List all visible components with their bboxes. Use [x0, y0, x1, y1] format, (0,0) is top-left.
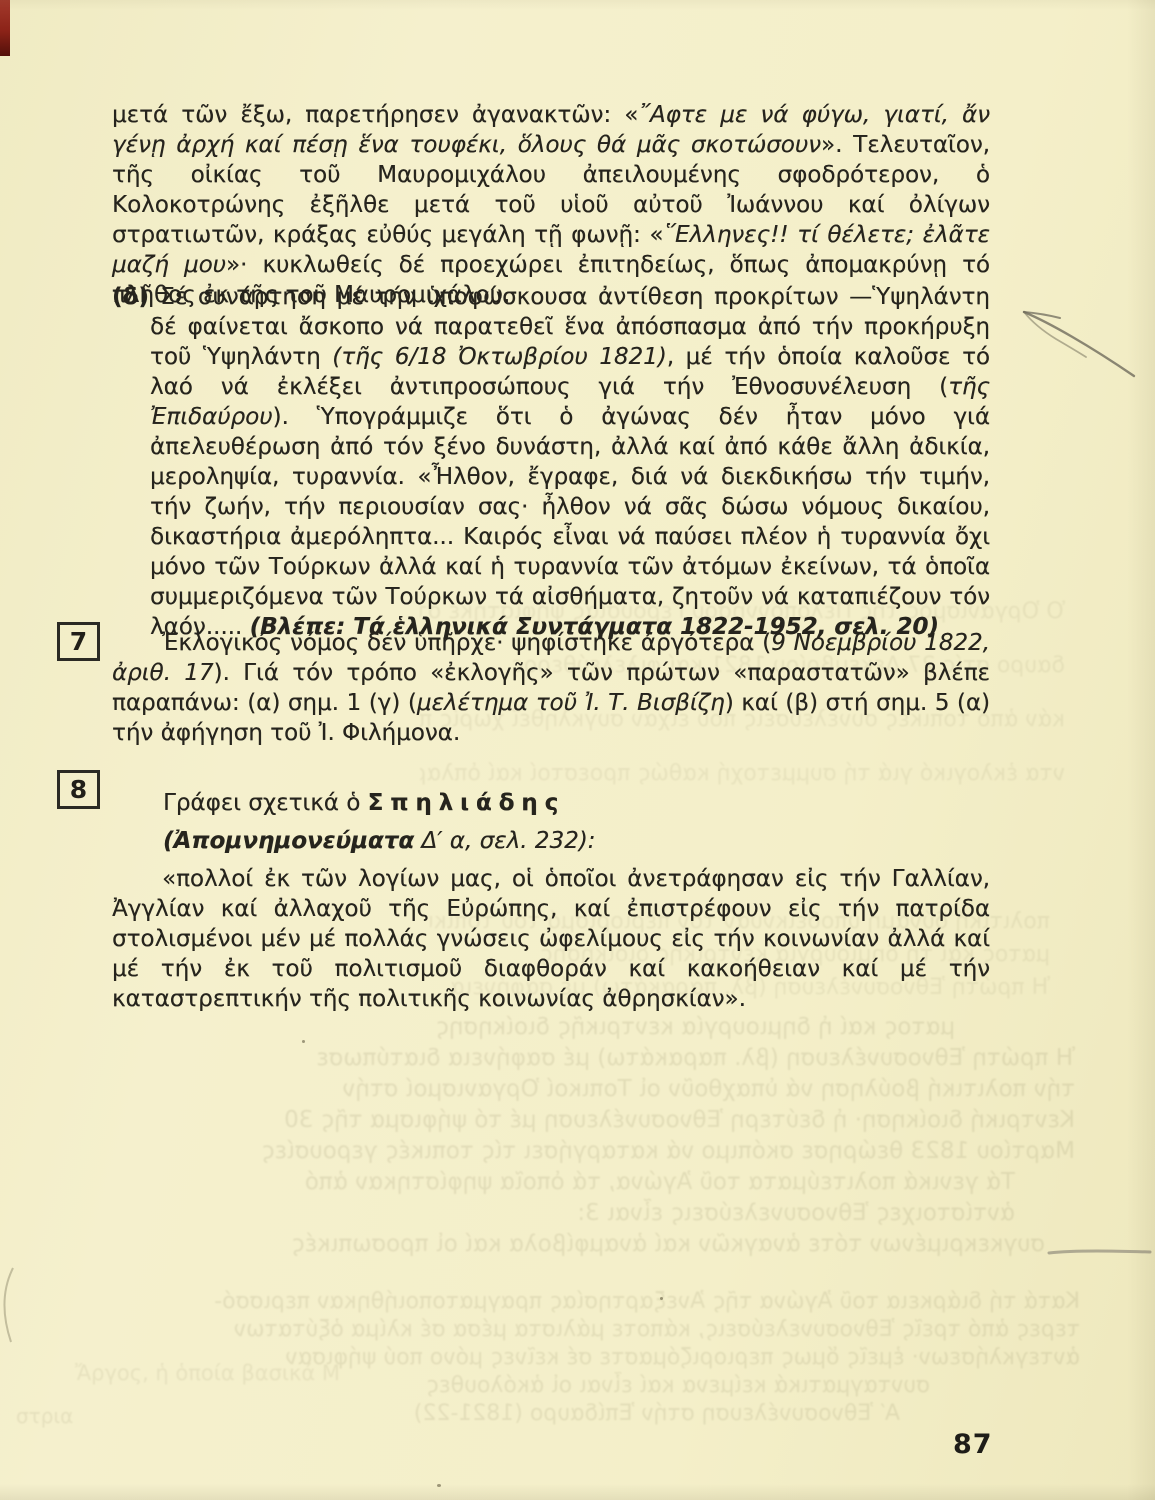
pencil-arrow-annotation	[1012, 298, 1147, 386]
footnote-8-heading-line1: Γράφει σχετικά ὁ Σπηλιάδης	[163, 788, 565, 818]
paper-speck	[660, 1297, 663, 1300]
pencil-arrow-icon	[1012, 298, 1147, 386]
footnote-8-heading-line2: (Ἀπομνημονεύματα Δ′ α, σελ. 232):	[163, 826, 595, 856]
scanned-book-page: Ὁ Ὀργανισμός τῆς Πελοποννήσου Γερουσίας …	[0, 0, 1155, 1500]
paper-speck	[437, 1484, 441, 1487]
edge-arc-icon	[0, 1266, 16, 1344]
footnote-7-text: Ἐκλογικός νόμος δέν ὑπῆρχε· ψηφίστηκε ἀρ…	[112, 628, 990, 748]
red-edge-mark	[0, 0, 10, 56]
page-edge-arc	[0, 1266, 16, 1344]
footnote-8-quote: «πολλοί ἐκ τῶν λογίων μας, οἱ ὁποῖοι ἀνε…	[112, 864, 990, 1014]
footnote-8-number: 8	[70, 775, 87, 804]
paragraph-continuation: μετά τῶν ἔξω, παρετήρησεν ἀγανακτῶν: «῎Α…	[112, 100, 990, 310]
footnote-8-number-box: 8	[57, 770, 100, 809]
footnote-7-number: 7	[70, 627, 87, 656]
paper-speck	[302, 1040, 305, 1043]
pencil-dash-icon	[1046, 1245, 1154, 1259]
footnote-7-number-box: 7	[57, 622, 100, 661]
pencil-dash-annotation	[1046, 1244, 1154, 1258]
paragraph-delta: (δ) Σέ συνάρτηση μέ τήν ὑποφώσκουσα ἀντί…	[112, 282, 990, 642]
page-number: 87	[953, 1429, 993, 1460]
